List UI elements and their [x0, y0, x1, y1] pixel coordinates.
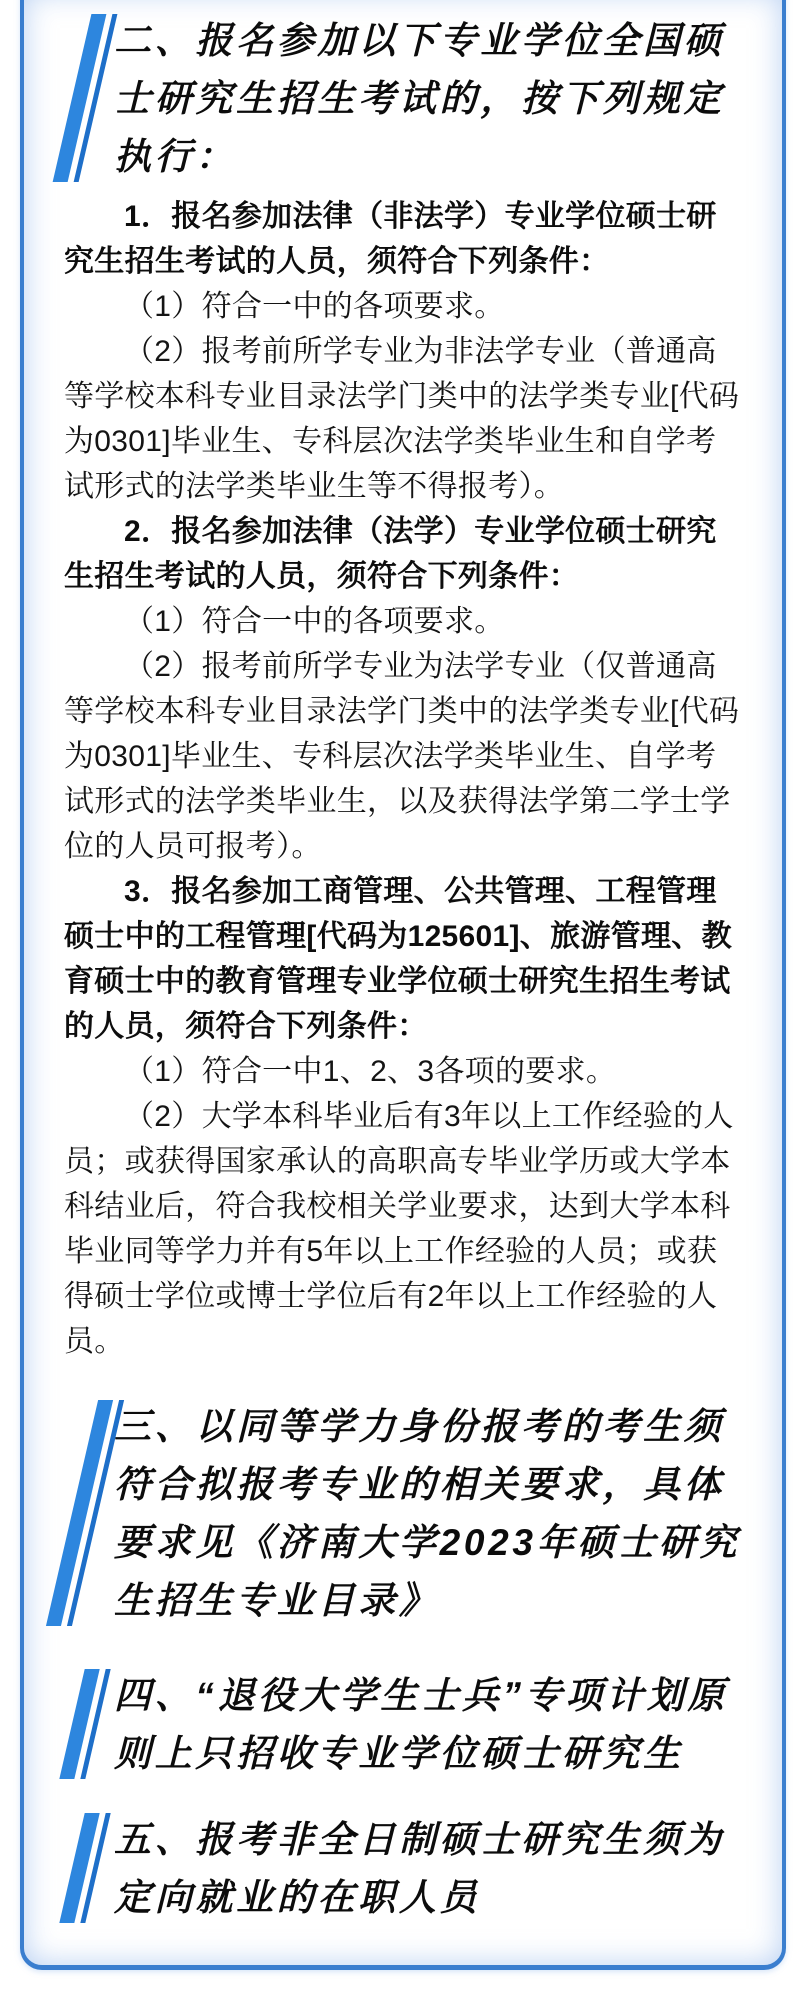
- paragraph-item-1: 1．报名参加法律（非法学）专业学位硕士研究生招生考试的人员，须符合下列条件：: [64, 194, 746, 284]
- article-page: 二、报名参加以下专业学位全国硕士研究生招生考试的，按下列规定执行： 1．报名参加…: [0, 0, 800, 1998]
- section-4-title: 四、“退役大学生士兵”专项计划原则上只招收专业学位硕士研究生: [114, 1667, 746, 1783]
- heading-slash-icon: [53, 14, 118, 182]
- section-2-title: 二、报名参加以下专业学位全国硕士研究生招生考试的，按下列规定执行：: [114, 12, 746, 186]
- section-3-title: 三、以同等学力身份报考的考生须符合拟报考专业的相关要求，具体要求见《济南大学20…: [114, 1398, 746, 1630]
- paragraph-item-3: 3．报名参加工商管理、公共管理、工程管理硕士中的工程管理[代码为125601]、…: [64, 869, 746, 1049]
- paragraph-item-2-1: （1）符合一中的各项要求。: [64, 599, 746, 644]
- heading-slash-icon: [46, 1400, 124, 1626]
- heading-slash-icon: [59, 1813, 110, 1923]
- section-heading-2: 二、报名参加以下专业学位全国硕士研究生招生考试的，按下列规定执行：: [64, 12, 746, 186]
- section-heading-3: 三、以同等学力身份报考的考生须符合拟报考专业的相关要求，具体要求见《济南大学20…: [64, 1398, 746, 1630]
- section-heading-5: 五、报考非全日制硕士研究生须为定向就业的在职人员: [64, 1811, 746, 1927]
- section-5-title: 五、报考非全日制硕士研究生须为定向就业的在职人员: [114, 1811, 746, 1927]
- section-2-body: 1．报名参加法律（非法学）专业学位硕士研究生招生考试的人员，须符合下列条件： （…: [64, 194, 746, 1364]
- paragraph-item-2-2: （2）报考前所学专业为法学专业（仅普通高等学校本科专业目录法学门类中的法学类专业…: [64, 644, 746, 869]
- section-heading-4: 四、“退役大学生士兵”专项计划原则上只招收专业学位硕士研究生: [64, 1667, 746, 1783]
- paragraph-item-2: 2．报名参加法律（法学）专业学位硕士研究生招生考试的人员，须符合下列条件：: [64, 509, 746, 599]
- content-card: 二、报名参加以下专业学位全国硕士研究生招生考试的，按下列规定执行： 1．报名参加…: [20, 0, 786, 1970]
- paragraph-item-1-2: （2）报考前所学专业为非法学专业（普通高等学校本科专业目录法学门类中的法学类专业…: [64, 329, 746, 509]
- heading-slash-icon: [59, 1669, 110, 1779]
- paragraph-item-3-2: （2）大学本科毕业后有3年以上工作经验的人员；或获得国家承认的高职高专毕业学历或…: [64, 1094, 746, 1364]
- paragraph-item-1-1: （1）符合一中的各项要求。: [64, 284, 746, 329]
- paragraph-item-3-1: （1）符合一中1、2、3各项的要求。: [64, 1049, 746, 1094]
